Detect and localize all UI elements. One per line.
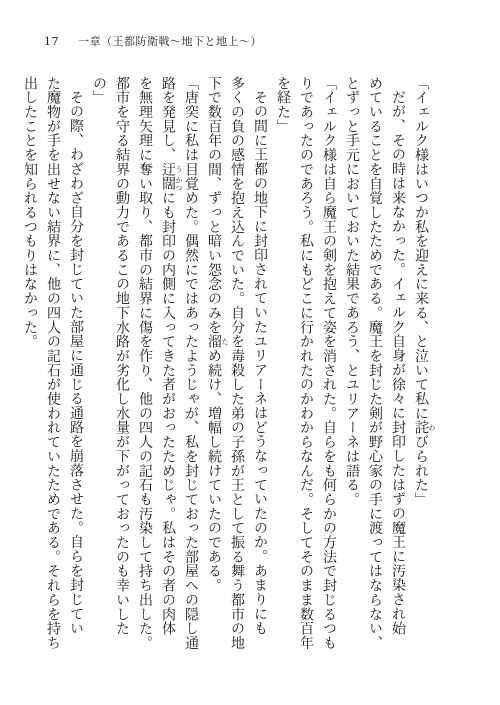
ruby-annotated-text: 詫わ [413, 420, 429, 434]
ruby-annotated-text: 溜た [206, 334, 222, 348]
page-number: 17 [44, 35, 59, 48]
text-columns: 「イェルク様はいつか私を迎えに来る、と泣いて私に詫わびられた」だが、その時は来な… [18, 76, 436, 650]
running-head: 17 一章（王都防衛戦〜地下と地上〜） [44, 33, 262, 49]
ruby-annotated-text: 迂う [160, 162, 176, 176]
paragraph: その際、わざわざ自分を封じていた部屋に通じる通路を崩落させた。自らを封じていた魔… [18, 76, 87, 650]
paragraph: 「唐突に私は目覚めた。偶然にではあったようじゃが、私を封じておった部屋への隠し通… [87, 76, 202, 650]
book-page: 17 一章（王都防衛戦〜地下と地上〜） 「イェルク様はいつか私を迎えに来る、と泣… [0, 0, 500, 705]
chapter-header: 一章（王都防衛戦〜地下と地上〜） [78, 33, 262, 49]
ruby-annotated-text: 闊かつ [160, 176, 176, 190]
paragraph: その間に王都の地下に封印されていたユリアーネはどうなっていたのか。あまりにも多く… [202, 76, 271, 650]
paragraph: だが、その時は来なかった。イェルク自身が徐々に封印したはずの魔王に汚染され始めて… [340, 76, 409, 650]
paragraph: 「イェルク様はいつか私を迎えに来る、と泣いて私に詫わびられた」 [409, 76, 436, 650]
paragraph: 「イェルク様は自ら魔王の剣を抱えて姿を消された。自らをも何らかの方法で封じるつも… [271, 76, 340, 650]
